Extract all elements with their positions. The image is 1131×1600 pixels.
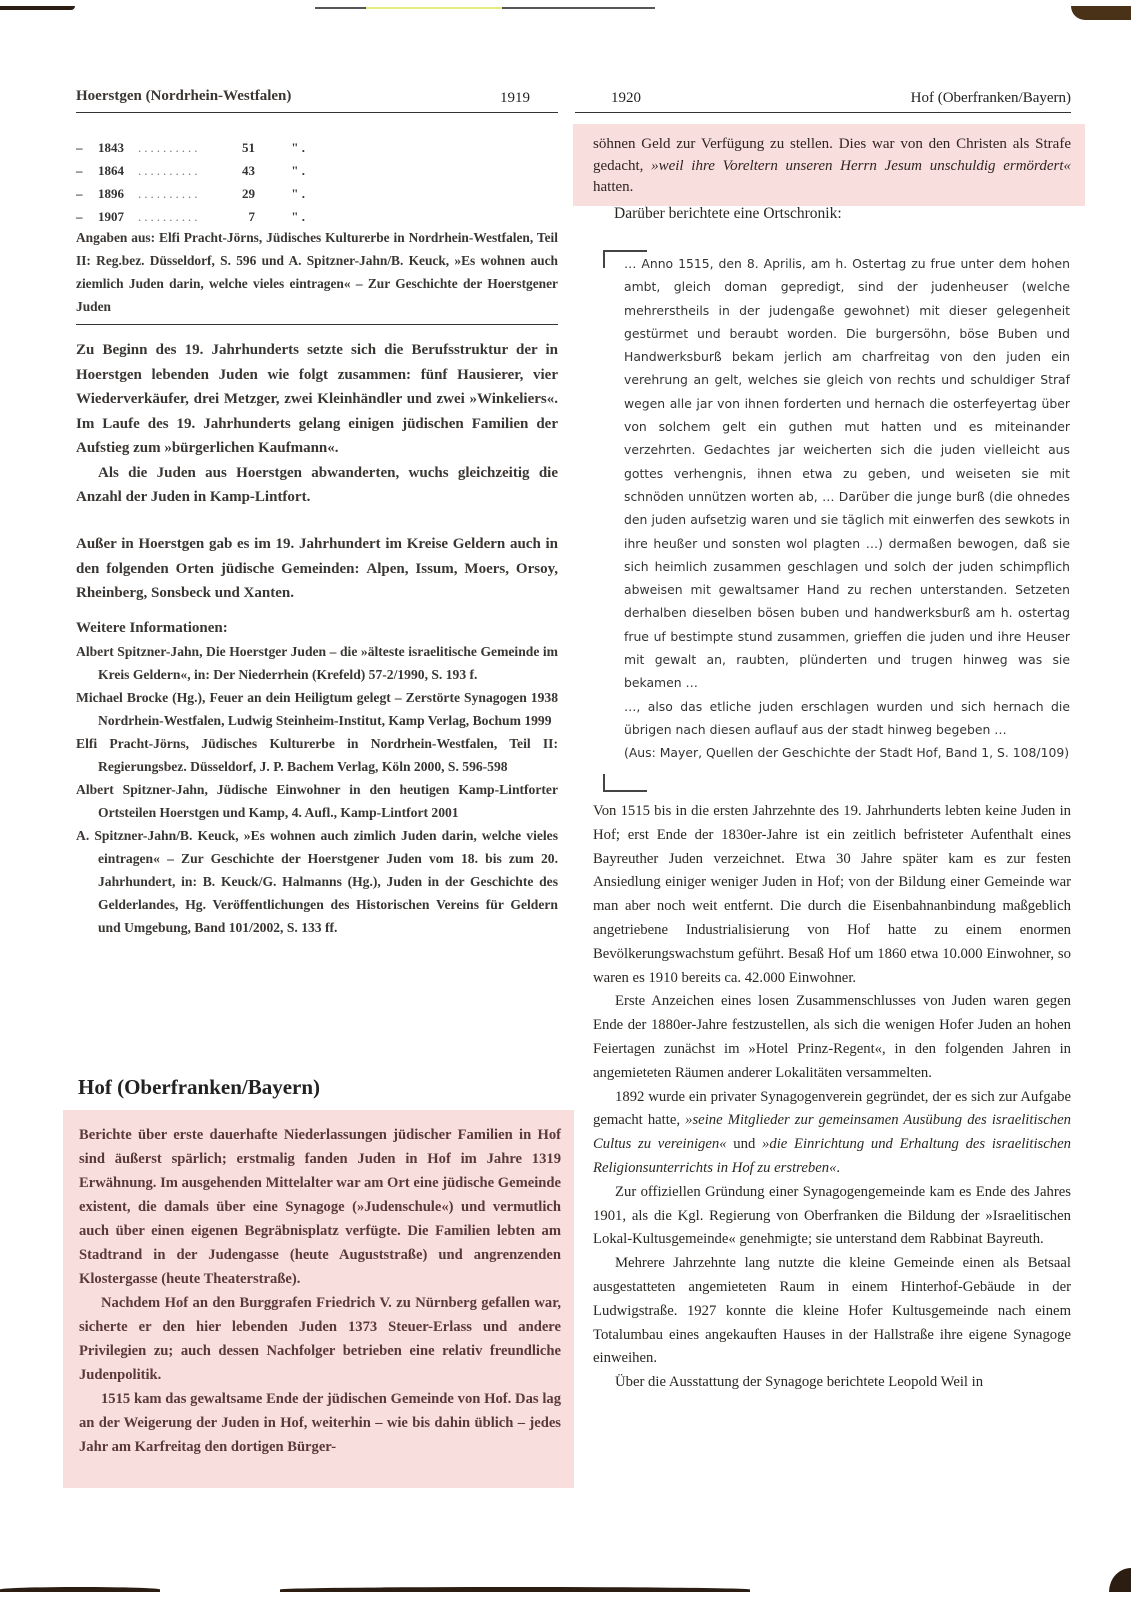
ditto-mark: " . bbox=[255, 136, 305, 159]
stat-value: 7 bbox=[233, 205, 255, 228]
highlighted-text: Berichte über erste dauerhafte Niederlas… bbox=[79, 1123, 561, 1459]
further-info-heading: Weitere Informationen: bbox=[76, 617, 228, 639]
chronicle-intro: Darüber berichtete eine Ortschronik: bbox=[614, 203, 842, 225]
stat-year: 1843 bbox=[98, 136, 138, 159]
stat-leader-dots: .......... bbox=[138, 159, 233, 182]
book-edge-bottom-left bbox=[0, 1587, 160, 1592]
quote-paragraph: …, also das etliche juden erschlagen wur… bbox=[624, 695, 1070, 742]
hoerstgen-communities: Außer in Hoerstgen gab es im 19. Jahrhun… bbox=[76, 532, 558, 606]
highlighted-text: söhnen Geld zur Verfügung zu stellen. Di… bbox=[593, 134, 1071, 199]
paragraph: 1515 kam das gewaltsame Ende der jüdisch… bbox=[79, 1387, 561, 1459]
book-edge-bottom-right bbox=[1109, 1568, 1131, 1592]
stat-year: 1864 bbox=[98, 159, 138, 182]
reference-item: A. Spitzner-Jahn/B. Keuck, »Es wohnen au… bbox=[76, 824, 558, 939]
stat-row: – 1864 .......... 43 " . bbox=[76, 159, 558, 182]
running-head-right: 1920 Hof (Oberfranken/Bayern) bbox=[575, 86, 1071, 113]
italic-quote: »weil ihre Voreltern unseren Herrn Jesum… bbox=[651, 158, 1071, 174]
hoerstgen-body: Zu Beginn des 19. Jahrhunderts setzte si… bbox=[76, 338, 558, 510]
stat-dash: – bbox=[76, 136, 98, 159]
stat-leader-dots: .......... bbox=[138, 205, 233, 228]
section-title: Hof (Oberfranken/Bayern) bbox=[78, 1073, 320, 1101]
text-span: und bbox=[727, 1136, 762, 1152]
page-number: 1919 bbox=[500, 88, 530, 108]
paragraph: Mehrere Jahrzehnte lang nutzte die klein… bbox=[593, 1252, 1071, 1371]
paragraph: Zu Beginn des 19. Jahrhunderts setzte si… bbox=[76, 338, 558, 461]
quote-bracket-bottom-icon bbox=[603, 774, 647, 792]
paragraph: Über die Ausstattung der Synagoge berich… bbox=[593, 1371, 1071, 1395]
stat-value: 51 bbox=[233, 136, 255, 159]
ditto-mark: " . bbox=[255, 182, 305, 205]
running-head-title: Hoerstgen (Nordrhein-Westfalen) bbox=[76, 86, 291, 106]
stat-value: 29 bbox=[233, 182, 255, 205]
chronicle-quote: … Anno 1515, den 8. Aprilis, am h. Oster… bbox=[624, 252, 1070, 765]
stat-row: – 1907 .......... 7 " . bbox=[76, 205, 558, 228]
book-edge-top-mid bbox=[315, 7, 655, 9]
stat-dash: – bbox=[76, 159, 98, 182]
paragraph: Zur offiziellen Gründung einer Synagogen… bbox=[593, 1181, 1071, 1252]
page-number: 1920 bbox=[611, 88, 641, 108]
stat-row: – 1896 .......... 29 " . bbox=[76, 182, 558, 205]
stat-year: 1907 bbox=[98, 205, 138, 228]
reference-item: Albert Spitzner-Jahn, Jüdische Einwohner… bbox=[76, 778, 558, 824]
hof-body: Von 1515 bis in die ersten Jahrzehnte de… bbox=[593, 800, 1071, 1395]
quote-paragraph: … Anno 1515, den 8. Aprilis, am h. Oster… bbox=[624, 252, 1070, 695]
stat-dash: – bbox=[76, 205, 98, 228]
paragraph: Als die Juden aus Hoerstgen abwanderten,… bbox=[76, 461, 558, 510]
paragraph: Außer in Hoerstgen gab es im 19. Jahrhun… bbox=[76, 532, 558, 606]
ditto-mark: " . bbox=[255, 159, 305, 182]
paragraph: Berichte über erste dauerhafte Niederlas… bbox=[79, 1123, 561, 1291]
paragraph: Von 1515 bis in die ersten Jahrzehnte de… bbox=[593, 800, 1071, 990]
quote-source: (Aus: Mayer, Quellen der Geschichte der … bbox=[624, 741, 1070, 764]
stat-row: – 1843 .......... 51 " . bbox=[76, 136, 558, 159]
stat-leader-dots: .......... bbox=[138, 182, 233, 205]
paragraph: Erste Anzeichen eines losen Zusammenschl… bbox=[593, 990, 1071, 1085]
text-span: hatten. bbox=[593, 179, 633, 195]
reference-item: Albert Spitzner-Jahn, Die Hoerstger Jude… bbox=[76, 640, 558, 686]
stat-year: 1896 bbox=[98, 182, 138, 205]
book-edge-top-left bbox=[0, 6, 75, 10]
stat-leader-dots: .......... bbox=[138, 136, 233, 159]
text-span: . bbox=[836, 1160, 840, 1176]
reference-item: Michael Brocke (Hg.), Feuer an dein Heil… bbox=[76, 686, 558, 732]
paragraph: Nachdem Hof an den Burggrafen Friedrich … bbox=[79, 1291, 561, 1387]
book-edge-top-right bbox=[1071, 6, 1131, 20]
stat-dash: – bbox=[76, 182, 98, 205]
paragraph: 1892 wurde ein privater Synagogenverein … bbox=[593, 1086, 1071, 1181]
book-edge-bottom-mid bbox=[280, 1587, 750, 1592]
running-head-title: Hof (Oberfranken/Bayern) bbox=[911, 88, 1071, 108]
reference-item: Elfi Pracht-Jörns, Jüdisches Kulturerbe … bbox=[76, 732, 558, 778]
reference-list: Albert Spitzner-Jahn, Die Hoerstger Jude… bbox=[76, 640, 558, 939]
running-head-left: Hoerstgen (Nordrhein-Westfalen) 1919 bbox=[76, 86, 558, 113]
ditto-mark: " . bbox=[255, 205, 305, 228]
source-note: Angaben aus: Elfi Pracht-Jörns, Jüdische… bbox=[76, 226, 558, 325]
stat-value: 43 bbox=[233, 159, 255, 182]
population-stats: – 1843 .......... 51 " . – 1864 ........… bbox=[76, 136, 558, 228]
